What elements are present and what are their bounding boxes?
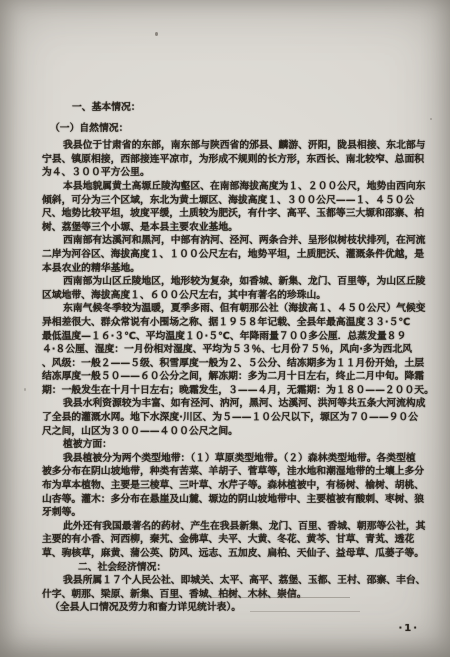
text-line: 异相差很大、群众常说有小围场之称、据１９５８年记载、全县年最高温度３３·５℃ <box>42 316 416 330</box>
social-economic-heading: 二、社会经济情况： <box>42 561 416 575</box>
text-line: 草、驹核草，麻黄、蒲公英、防风、远志、五加皮、扁柏、天仙子、益母草、瓜蒌子等。 <box>42 547 416 561</box>
text-line: （全县人口情况及劳力和畜力详见统计表）。 <box>42 601 416 615</box>
text-line: 东南气候冬季较为温暖，夏季多雨、但有朝那公社（海拔高１、４５０公尺）气候变 <box>42 302 416 316</box>
scan-smudge <box>250 611 360 612</box>
text-line: 区域地带、海拔高度１、６００公尺左右，其中有著名的珍珠山。 <box>42 289 416 303</box>
text-line: 西南部为山区丘陵地区，地形较为复杂，如香城、新集、龙门、百里等，为山区丘陵 <box>42 275 416 289</box>
text-line: 、风级：一般２——５级、积雪厚度一般为２、５公分、结冻期多为１１月份开始，土层 <box>42 357 416 371</box>
vegetation-heading: 植被方面： <box>42 438 416 452</box>
text-line: 我县植被分为两个类型地带：（１）草原类型地带。（２）森林类型地带。各类型植 <box>42 452 416 466</box>
text-line: 倾斜，可分为三个区域，东北为黄土塬区、海拔高度１、３００公尺——１、４５０公 <box>42 194 416 208</box>
text-line: 被多分布在阴山坡地带，种类有苦菜、羊胡子、菅草等，洼水地和潮湿地带的土壤上多分 <box>42 465 416 479</box>
document-text: 一、基本情况：（一）自然情况：我县位于甘肃省的东部，南东部与陕西省的邠县、麟游、… <box>42 101 416 615</box>
scanned-document-page: 一、基本情况：（一）自然情况：我县位于甘肃省的东部，南东部与陕西省的邠县、麟游、… <box>0 0 450 657</box>
text-line: 我县水利资源较为丰富、如有泾河、汭河，黑河、达溪河、洪河等共五条大河流构成 <box>42 397 416 411</box>
text-line: 了全县的灌溉水网。地下水深度·川区、为５——１０公尺以下，塬区为７０——９０公 <box>42 411 416 425</box>
main-heading: 一、基本情况： <box>42 101 416 115</box>
scan-smudge <box>210 597 350 598</box>
text-line: 宁县、镇原相接，西部接连平凉市，为形成不规则的长方形，东西长、南北较窄、总面积 <box>42 153 416 167</box>
text-line: 尺之间，山区为３００——４００公尺之间。 <box>42 425 416 439</box>
text-line: 本县地貌属黄土高塬丘陵沟壑区、在南部海拔高度为１、２００公尺，地势由西向东 <box>42 180 416 194</box>
text-line: 结冻厚度一般５０——６０公分之间，解冻期：多为二月十日左右，终止二月中旬。降霜 <box>42 370 416 384</box>
text-line: 主要的有小香、河西柳，秦艽、金佛草、夫平、大黄、冬花、黄芩、甘草、青芄、透花 <box>42 533 416 547</box>
text-line: 牙刺等。 <box>42 506 416 520</box>
natural-conditions-heading: （一）自然情况： <box>42 122 416 136</box>
text-line: 什字、朝那、梁原、新集、百里、香城、柏树、木林、崇信。 <box>42 588 416 602</box>
text-line: ４·８公厘、湿度：一月份相对湿度、平均为５３％、七月份７５％，风向·多为西北风 <box>42 343 416 357</box>
scan-speck <box>24 388 26 391</box>
page-number: ·1· <box>398 623 419 634</box>
text-line: 此外还有我国最著名的药材、产生在我县新集、龙门、百里、香城、朝那等公社，其 <box>42 520 416 534</box>
text-line: 山杏等。灌木：多分布在悬崖及山麓、塬边的阴山坡地带中、主要植被有酸刺、枣树、狼 <box>42 493 416 507</box>
text-line: 树、荔堡等三个小塬、是本县主要农业基地。 <box>42 221 416 235</box>
scan-speck <box>418 300 420 302</box>
text-line: 布为草本植物、主要是三棱草、三叶草、水芹子等。森林植被中，有杨树、榆树、胡桃、 <box>42 479 416 493</box>
text-line: 最低温度—１６·３℃、平均温度１０·５℃、年降雨量７００多公厘．总蒸发量８９ <box>42 330 416 344</box>
text-line: 二岸为河谷区、海拔高度１、１００公尺左右，地势平坦，土质肥沃、灌溉条件优越，是 <box>42 248 416 262</box>
text-line: 西南部有达溪河和黑河，中部有汭河、泾河、两条合并、呈形似树枝状排列，在河流 <box>42 234 416 248</box>
text-line: 尺、地势比较平坦，坡度平缓，土质较为肥沃，有什字、高平、玉都等三大塬和邵寨、柏 <box>42 207 416 221</box>
text-line: 我县位于甘肃省的东部，南东部与陕西省的邠县、麟游、汧阳，陇县相接、东北部与 <box>42 139 416 153</box>
scan-speck <box>430 118 432 120</box>
scan-speck <box>155 32 158 36</box>
text-line: 本县农业的精华基地。 <box>42 262 416 276</box>
text-line: 期：一般发生在十月十日左右；晚霜发生，３——４月，无霜期：为１８０——２００天。 <box>42 384 416 398</box>
text-line: 为４、３００平方公里。 <box>42 166 416 180</box>
text-line: 我县所属１７个人民公社、即城关、太平、高平、荔堡、玉都、王村、邵寨、丰台、 <box>42 574 416 588</box>
